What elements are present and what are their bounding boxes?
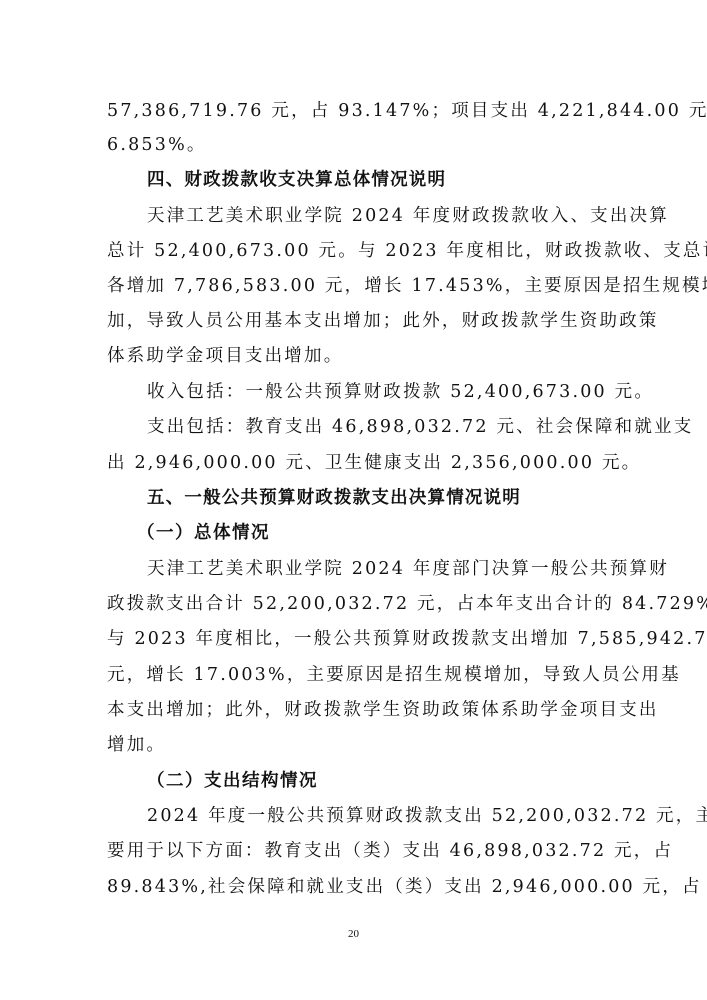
paragraph-line: 增加。 xyxy=(107,734,599,756)
paragraph-line: 加，导致人员公用基本支出增加；此外，财政拨款学生资助政策 xyxy=(107,310,599,332)
paragraph-line: 政拨款支出合计 52,200,032.72 元，占本年支出合计的 84.729%… xyxy=(107,593,599,615)
subsection-heading: （二）支出结构情况 xyxy=(147,770,318,792)
paragraph-line: 2024 年度一般公共预算财政拨款支出 52,200,032.72 元，主 xyxy=(147,805,599,827)
paragraph-line: 支出包括：教育支出 46,898,032.72 元、社会保障和就业支 xyxy=(147,416,599,438)
paragraph-line: 本支出增加；此外，财政拨款学生资助政策体系助学金项目支出 xyxy=(107,699,599,721)
paragraph-line: 57,386,719.76 元，占 93.147%；项目支出 4,221,844… xyxy=(107,100,599,122)
paragraph-line: 6.853%。 xyxy=(107,134,599,156)
paragraph-line: 要用于以下方面：教育支出（类）支出 46,898,032.72 元，占 xyxy=(107,840,599,862)
paragraph-line: 体系助学金项目支出增加。 xyxy=(107,345,599,367)
document-page: 57,386,719.76 元，占 93.147%；项目支出 4,221,844… xyxy=(0,0,707,1000)
paragraph-line: 与 2023 年度相比，一般公共预算财政拨款支出增加 7,585,942.72 xyxy=(107,628,599,650)
paragraph-line: 收入包括：一般公共预算财政拨款 52,400,673.00 元。 xyxy=(147,381,599,403)
paragraph-line: 天津工艺美术职业学院 2024 年度部门决算一般公共预算财 xyxy=(147,558,599,580)
subsection-heading: （一）总体情况 xyxy=(137,522,270,544)
page-number: 20 xyxy=(0,928,707,940)
paragraph-line: 天津工艺美术职业学院 2024 年度财政拨款收入、支出决算 xyxy=(147,205,599,227)
paragraph-line: 总计 52,400,673.00 元。与 2023 年度相比，财政拨款收、支总计 xyxy=(107,240,599,262)
section-heading: 四、财政拨款收支决算总体情况说明 xyxy=(147,169,446,191)
paragraph-line: 元，增长 17.003%，主要原因是招生规模增加，导致人员公用基 xyxy=(107,664,599,686)
paragraph-line: 各增加 7,786,583.00 元，增长 17.453%，主要原因是招生规模增 xyxy=(107,275,599,297)
paragraph-line: 出 2,946,000.00 元、卫生健康支出 2,356,000.00 元。 xyxy=(107,452,599,474)
paragraph-line: 89.843%,社会保障和就业支出（类）支出 2,946,000.00 元，占 xyxy=(107,876,599,898)
section-heading: 五、一般公共预算财政拨款支出决算情况说明 xyxy=(147,487,521,509)
